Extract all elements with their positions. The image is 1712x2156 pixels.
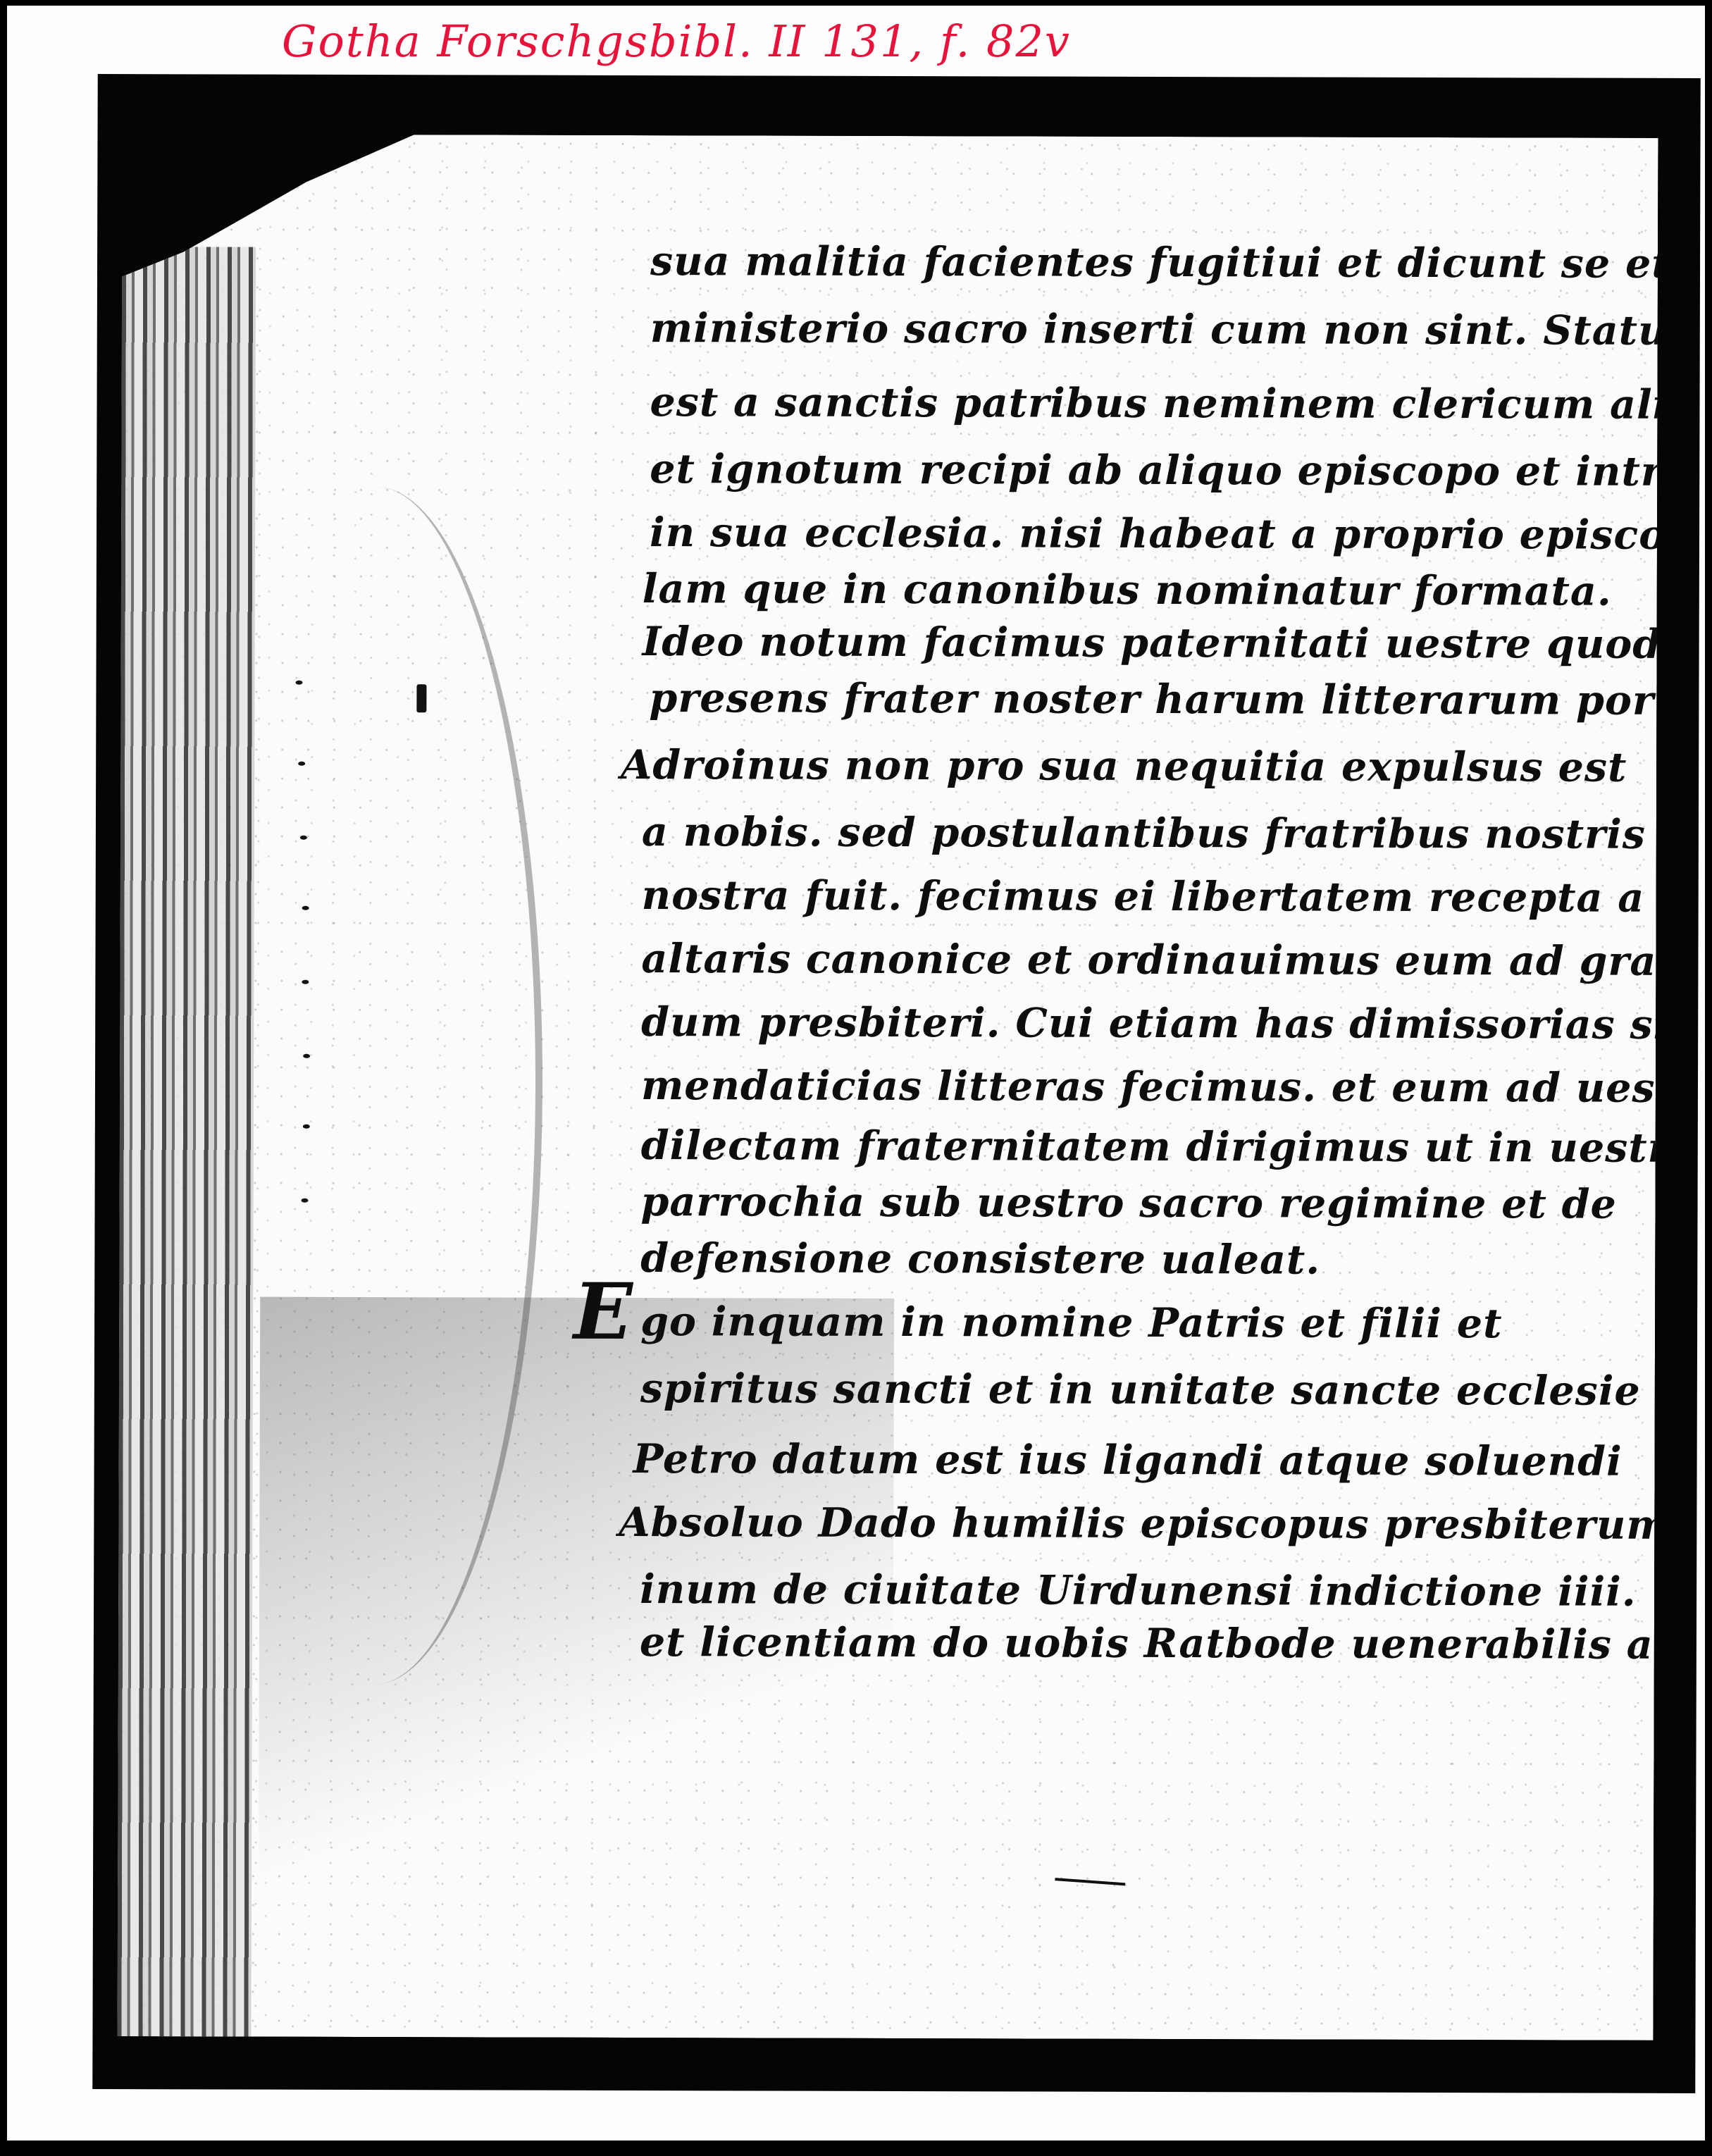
- pricking-mark: [298, 762, 305, 766]
- text-line: dum presbiteri. Cui etiam has dimissoria…: [641, 998, 1658, 1048]
- manuscript-photograph: sua malitia facientes fugitiui et dicunt…: [92, 74, 1700, 2093]
- text-line: Adroinus non pro sua nequitia expulsus e…: [621, 741, 1627, 791]
- text-line: Petro datum est ius ligandi atque soluen…: [633, 1435, 1623, 1485]
- pricking-mark: [303, 1054, 310, 1058]
- text-line: go inquam in nomine Patris et filii et: [640, 1298, 1503, 1347]
- text-line: presens frater noster harum litterarum p…: [649, 674, 1658, 725]
- text-line: mendaticias litteras fecimus. et eum ad …: [641, 1062, 1658, 1112]
- text-line: parrochia sub uestro sacro regimine et d…: [640, 1178, 1616, 1228]
- text-line: nostra fuit. fecimus ei libertatem recep…: [642, 872, 1658, 922]
- text-line: et ignotum recipi ab aliquo episcopo et …: [650, 445, 1658, 495]
- text-line: et licentiam do uobis Ratbode uenerabili…: [640, 1618, 1658, 1668]
- pricking-mark: [302, 906, 309, 910]
- pricking-mark: [295, 681, 302, 685]
- photo-sheet: Gotha Forschgsbibl. II 131, f. 82v sua m…: [7, 6, 1705, 2140]
- text-line: in sua ecclesia. nisi habeat a proprio e…: [650, 509, 1658, 559]
- manuscript-leaf: sua malitia facientes fugitiui et dicunt…: [117, 134, 1658, 2040]
- pricking-mark: [300, 836, 307, 840]
- pricking-mark: [302, 1198, 309, 1203]
- text-line: ministerio sacro inserti cum non sint. S…: [650, 304, 1658, 354]
- ink-blot: [416, 684, 426, 712]
- text-line: Absoluo Dado humilis episcopus presbiter…: [619, 1499, 1658, 1549]
- text-line: inum de ciuitate Uirdunensi indictione i…: [640, 1566, 1637, 1616]
- text-line: altaris canonice et ordinauimus eum ad g…: [641, 935, 1656, 985]
- text-line: lam que in canonibus nominatur formata.: [643, 565, 1612, 615]
- archive-caption: Gotha Forschgsbibl. II 131, f. 82v: [282, 16, 1071, 67]
- decorated-initial-E: E: [573, 1266, 633, 1357]
- text-line: est a sanctis patribus neminem clericum …: [650, 378, 1658, 428]
- text-line: dilectam fraternitatem dirigimus ut in u…: [641, 1122, 1658, 1172]
- text-line: spiritus sancti et in unitate sancte ecc…: [640, 1365, 1658, 1415]
- pricking-mark: [303, 1125, 310, 1129]
- text-line: defensione consistere ualeat.: [640, 1234, 1320, 1284]
- text-line: a nobis. sed postulantibus fratribus nos…: [642, 808, 1658, 859]
- pricking-mark: [302, 980, 309, 984]
- text-line: sua malitia facientes fugitiui et dicunt…: [650, 237, 1658, 287]
- text-line: Ideo notum facimus paternitati uestre qu…: [643, 618, 1658, 668]
- page-fore-edge: [117, 247, 256, 2036]
